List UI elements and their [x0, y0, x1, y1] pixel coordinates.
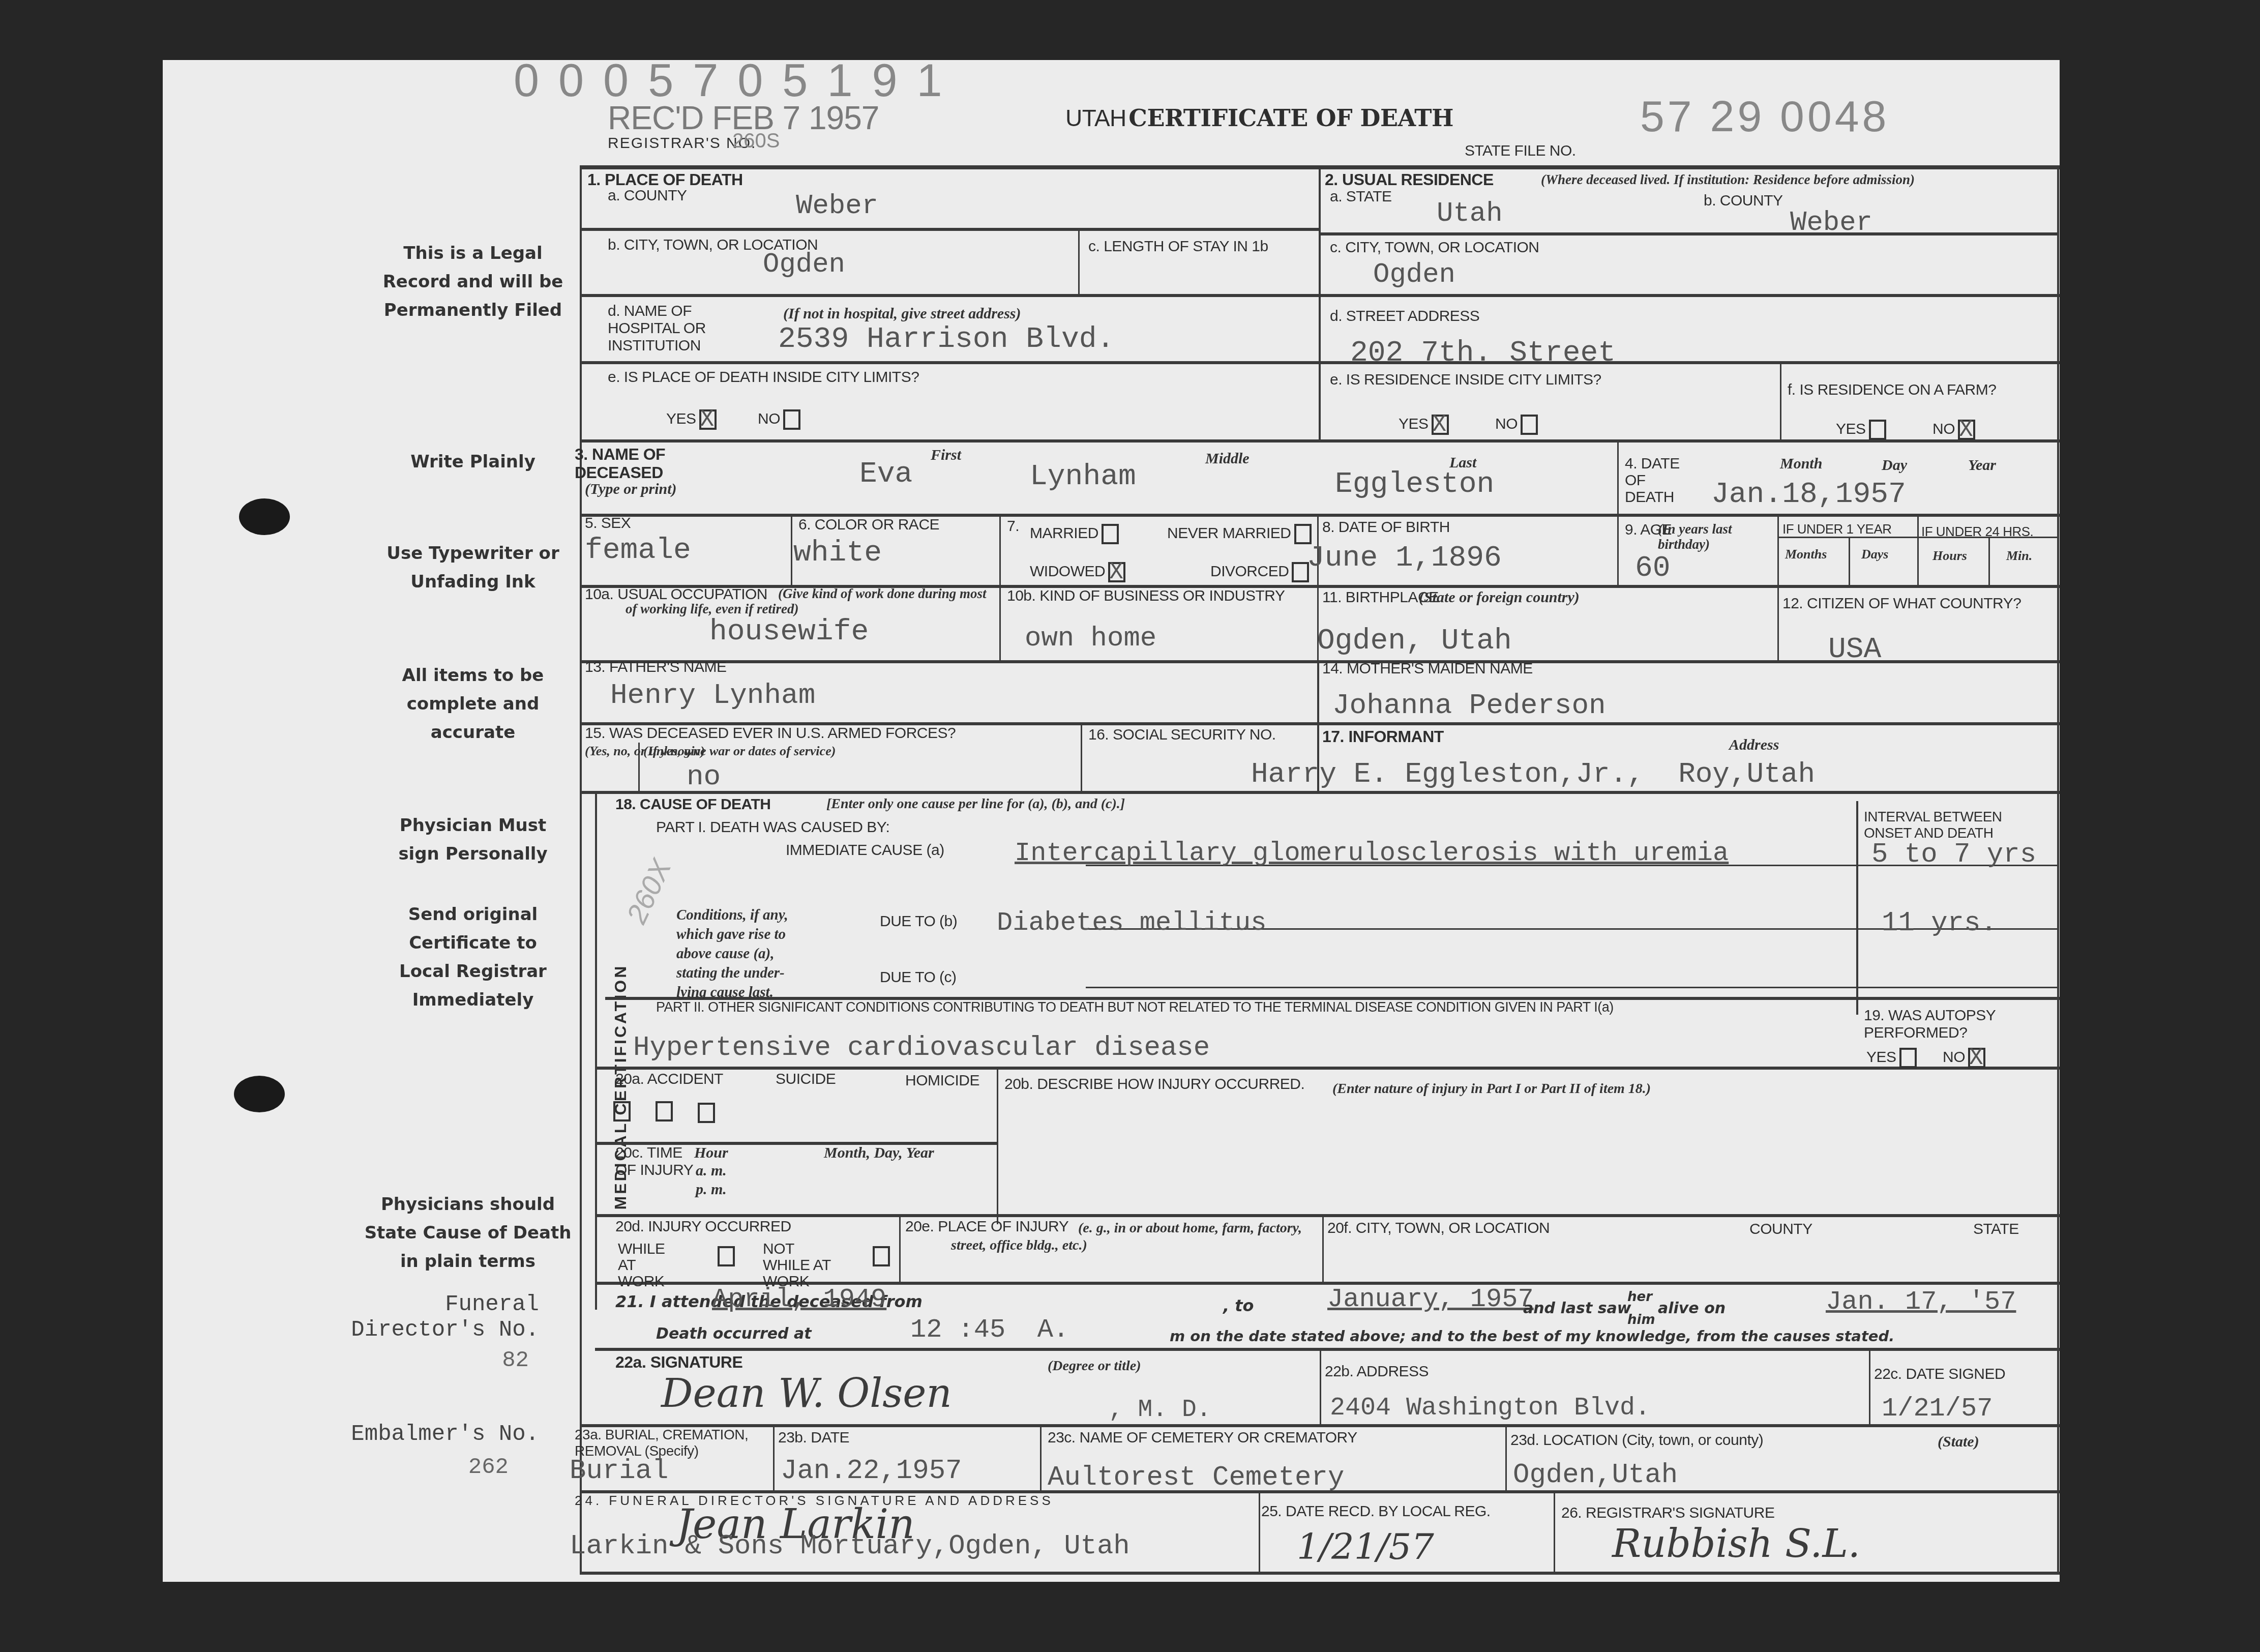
marital-divorced[interactable]: DIVORCED: [1210, 562, 1309, 582]
res-state-value: Utah: [1437, 198, 1503, 229]
res-city-value: Ogden: [1373, 259, 1455, 290]
burial-value: Burial: [570, 1456, 668, 1487]
sidebar-note-physician-sign: Physician Must sign Personally: [381, 811, 564, 868]
age-hint: (In years last birthday): [1658, 521, 1770, 552]
institution-value: 2539 Harrison Blvd.: [778, 323, 1114, 356]
homicide-label: HOMICIDE: [905, 1072, 979, 1089]
am-label: a. m.: [696, 1162, 727, 1179]
location-value: Ogden,Utah: [1513, 1460, 1678, 1491]
race-value: white: [793, 537, 882, 570]
married-checkbox[interactable]: [1102, 524, 1119, 544]
date-of-death-value: Jan.18,1957: [1711, 478, 1906, 511]
farm-no[interactable]: NO: [1932, 420, 1975, 440]
mother-value: Johanna Pederson: [1332, 689, 1606, 722]
cemetery-label: 23c. NAME OF CEMETERY OR CREMATORY: [1048, 1429, 1357, 1447]
registrar-signature-label: 26. REGISTRAR'S SIGNATURE: [1561, 1504, 1774, 1522]
autopsy-no[interactable]: NO: [1943, 1048, 1985, 1068]
middle-name-value: Lynham: [1030, 460, 1136, 493]
res-inside-city-yes-checkbox[interactable]: [1432, 415, 1449, 435]
min-label: Min.: [2006, 548, 2032, 564]
father-value: Henry Lynham: [610, 679, 815, 712]
dod-day-label: Day: [1882, 457, 1907, 474]
occupation-value: housewife: [709, 615, 869, 648]
injury-occurred-label: 20d. INJURY OCCURRED: [615, 1218, 791, 1235]
autopsy-yes-checkbox[interactable]: [1899, 1048, 1917, 1068]
middle-name-label: Middle: [1205, 450, 1250, 467]
homicide-checkbox[interactable]: [698, 1103, 715, 1123]
burial-label: 23a. BURIAL, CREMATION, REMOVAL (Specify…: [575, 1427, 768, 1459]
mdy-label: Month, Day, Year: [824, 1144, 934, 1162]
sidebar-note-legal-record: This is a Legal Record and will be Perma…: [381, 239, 564, 324]
dod-year-label: Year: [1968, 457, 1996, 474]
res-county-value: Weber: [1790, 208, 1872, 239]
punch-hole-top: [239, 498, 290, 535]
while-at-work-checkbox[interactable]: [718, 1246, 735, 1266]
location-label: 23d. LOCATION (City, town, or county): [1510, 1432, 1763, 1449]
death-time-suffix: m on the date stated above; and to the b…: [1170, 1327, 1894, 1345]
her-label: her: [1627, 1289, 1652, 1305]
last-saw-label: and last saw: [1523, 1300, 1631, 1317]
state-file-no-label: STATE FILE NO.: [1465, 142, 1576, 160]
farm-yes[interactable]: YES: [1836, 420, 1886, 440]
cause-of-death-hint: [Enter only one cause per line for (a), …: [826, 796, 1125, 812]
funeral-director-no-value: 82: [458, 1348, 529, 1373]
interval-b-value: 11 yrs.: [1882, 908, 1997, 939]
disposition-date-label: 23b. DATE: [778, 1429, 849, 1447]
institution-hint: (If not in hospital, give street address…: [783, 305, 1021, 322]
birthplace-hint: (State or foreign country): [1419, 589, 1580, 606]
pod-inside-city-yes-checkbox[interactable]: [699, 409, 717, 430]
under-1-year-label: IF UNDER 1 YEAR: [1782, 521, 1892, 537]
state-file-no-value: 57 29 0048: [1640, 92, 1889, 142]
immediate-cause-value: Intercapillary glomerulosclerosis with u…: [1015, 838, 1729, 868]
armed-forces-value: no: [687, 760, 721, 793]
industry-label: 10b. KIND OF BUSINESS OR INDUSTRY: [1007, 587, 1285, 605]
hours-label: Hours: [1932, 548, 1967, 564]
sidebar-note-typewriter: Use Typewriter or Unfading Ink: [381, 539, 564, 596]
res-inside-city-label: e. IS RESIDENCE INSIDE CITY LIMITS?: [1330, 371, 1601, 389]
pod-city-value: Ogden: [763, 249, 845, 280]
mother-label: 14. MOTHER'S MAIDEN NAME: [1322, 660, 1533, 677]
degree-label: (Degree or title): [1048, 1358, 1141, 1374]
pod-inside-city-label: e. IS PLACE OF DEATH INSIDE CITY LIMITS?: [608, 369, 919, 386]
degree-value: , M. D.: [1109, 1396, 1211, 1424]
res-state-label: a. STATE: [1330, 188, 1392, 205]
embalmer-no-value: 262: [458, 1455, 509, 1480]
title-state: UTAH: [1065, 105, 1126, 131]
res-street-label: d. STREET ADDRESS: [1330, 308, 1479, 325]
res-inside-city-yes[interactable]: YES: [1399, 415, 1449, 435]
armed-forces-hint-2: (If yes, give war or dates of service): [643, 744, 836, 759]
res-inside-city-no[interactable]: NO: [1495, 415, 1538, 435]
sidebar-note-send-original: Send original Certificate to Local Regis…: [381, 900, 564, 1014]
citizen-label: 12. CITIZEN OF WHAT COUNTRY?: [1782, 595, 2021, 612]
age-value: 60: [1635, 552, 1671, 585]
due-to-c-label: DUE TO (c): [880, 969, 957, 986]
usual-residence-label: 2. USUAL RESIDENCE: [1325, 170, 1494, 189]
informant-label: 17. INFORMANT: [1322, 727, 1444, 746]
attended-to-label: , to: [1223, 1296, 1254, 1315]
last-name-value: Eggleston: [1335, 468, 1494, 501]
deceased-name-label: 3. NAME OF DECEASED: [575, 445, 676, 482]
date-of-death-label: 4. DATE OF DEATH: [1625, 455, 1686, 506]
alive-on-label: alive on: [1658, 1300, 1726, 1317]
location-state-label: (State): [1938, 1433, 1979, 1451]
usual-residence-hint: (Where deceased lived. If institution: R…: [1541, 172, 1915, 188]
autopsy-yes[interactable]: YES: [1866, 1048, 1917, 1068]
conditions-hint: Conditions, if any, which gave rise to a…: [676, 905, 798, 1002]
accident-label: 20a. ACCIDENT: [615, 1071, 723, 1088]
punch-hole-bottom: [234, 1076, 285, 1112]
last-seen-alive-value: Jan. 17, '57: [1826, 1287, 2016, 1317]
due-to-b-label: DUE TO (b): [880, 913, 957, 930]
autopsy-no-checkbox[interactable]: [1968, 1048, 1985, 1068]
sidebar-note-write-plainly: Write Plainly: [381, 448, 564, 476]
registrar-no-value: 260S: [732, 130, 780, 153]
autopsy-label: 19. WAS AUTOPSY PERFORMED?: [1864, 1007, 2027, 1042]
part2-value: Hypertensive cardiovascular disease: [633, 1032, 1210, 1064]
date-signed-value: 1/21/57: [1882, 1394, 1993, 1424]
date-recd-label: 25. DATE RECD. BY LOCAL REG.: [1261, 1503, 1491, 1520]
dob-value: June 1,1896: [1307, 542, 1502, 575]
res-inside-city-no-checkbox[interactable]: [1521, 415, 1538, 435]
days-label: Days: [1861, 547, 1888, 562]
pod-county-label: a. COUNTY: [608, 187, 687, 204]
attended-from-value: April, 1949: [712, 1284, 886, 1314]
pod-inside-city-no-checkbox[interactable]: [783, 409, 800, 430]
date-signed-label: 22c. DATE SIGNED: [1874, 1366, 2005, 1383]
hour-label: Hour: [694, 1144, 728, 1162]
not-while-at-work-checkbox[interactable]: [873, 1246, 890, 1266]
cemetery-value: Aultorest Cemetery: [1048, 1462, 1344, 1493]
due-to-b-value: Diabetes mellitus: [997, 908, 1267, 938]
first-name-value: Eva: [859, 458, 912, 491]
marital-widowed[interactable]: WIDOWED: [1030, 562, 1125, 582]
marital-never-married[interactable]: NEVER MARRIED: [1167, 524, 1312, 544]
dod-month-label: Month: [1780, 455, 1822, 473]
funeral-director-no-label: Funeral Director's No.: [346, 1292, 539, 1343]
physician-address-label: 22b. ADDRESS: [1325, 1363, 1429, 1380]
months-label: Months: [1785, 547, 1827, 562]
father-label: 13. FATHER'S NAME: [585, 659, 726, 676]
pm-label: p. m.: [696, 1181, 727, 1198]
race-label: 6. COLOR OR RACE: [798, 516, 939, 534]
informant-address-label: Address: [1729, 736, 1779, 754]
widowed-checkbox[interactable]: [1108, 562, 1125, 582]
farm-no-checkbox[interactable]: [1958, 420, 1975, 440]
describe-injury-label: 20b. DESCRIBE HOW INJURY OCCURRED.: [1004, 1076, 1304, 1093]
signature-label: 22a. SIGNATURE: [615, 1353, 742, 1372]
first-name-label: First: [931, 447, 961, 464]
farm-label: f. IS RESIDENCE ON A FARM?: [1788, 381, 1996, 399]
pod-inside-city-yes[interactable]: YES: [666, 409, 717, 430]
birthplace-value: Ogden, Utah: [1317, 625, 1512, 658]
physician-signature[interactable]: Dean W. Olsen: [661, 1371, 952, 1417]
suicide-label: SUICIDE: [776, 1071, 836, 1088]
title-main: CERTIFICATE OF DEATH: [1128, 104, 1453, 132]
industry-value: own home: [1025, 623, 1156, 654]
pod-county-value: Weber: [796, 191, 878, 222]
funeral-director-value: Larkin & Sons Mortuary,Ogden, Utah: [570, 1531, 1130, 1562]
cause-of-death-label: 18. CAUSE OF DEATH: [615, 796, 771, 813]
not-while-at-work[interactable]: NOT WHILE AT WORK: [763, 1241, 834, 1290]
him-label: him: [1627, 1312, 1655, 1327]
institution-label: d. NAME OF HOSPITAL OR INSTITUTION: [608, 303, 735, 355]
farm-yes-checkbox[interactable]: [1869, 420, 1886, 440]
sex-value: female: [585, 534, 691, 567]
deceased-name-hint: (Type or print): [585, 481, 677, 498]
res-city-label: c. CITY, TOWN, OR LOCATION: [1330, 239, 1539, 256]
pod-inside-city-no[interactable]: NO: [758, 409, 800, 430]
certificate-title: UTAH CERTIFICATE OF DEATH: [1065, 104, 1453, 132]
interval-a-value: 5 to 7 yrs: [1871, 839, 2036, 870]
marital-label: 7.: [1007, 518, 1019, 535]
dob-label: 8. DATE OF BIRTH: [1322, 519, 1450, 536]
embalmer-no-label: Embalmer's No.: [346, 1422, 539, 1447]
ssn-label: 16. SOCIAL SECURITY NO.: [1088, 726, 1276, 744]
interval-label: INTERVAL BETWEEN ONSET AND DEATH: [1864, 809, 2047, 841]
armed-forces-label: 15. WAS DECEASED EVER IN U.S. ARMED FORC…: [585, 725, 956, 742]
place-of-death-label: 1. PLACE OF DEATH: [587, 170, 743, 189]
under-24-hrs-label: IF UNDER 24 HRS.: [1921, 524, 2033, 540]
date-recd-value: 1/21/57: [1297, 1526, 1434, 1568]
never-married-checkbox[interactable]: [1294, 524, 1312, 544]
accident-checkbox[interactable]: [613, 1101, 631, 1122]
disposition-date-value: Jan.22,1957: [781, 1456, 962, 1487]
place-of-injury-hint: (e. g., in or about home, farm, factory,…: [951, 1220, 1317, 1254]
citizen-value: USA: [1828, 633, 1881, 666]
part2-label: PART II. OTHER SIGNIFICANT CONDITIONS CO…: [656, 999, 1614, 1015]
death-occurred-label: Death occurred at: [656, 1325, 812, 1343]
injury-county-label: COUNTY: [1749, 1221, 1812, 1238]
while-at-work[interactable]: WHILE AT WORK: [618, 1241, 684, 1290]
physician-address-value: 2404 Washington Blvd.: [1330, 1394, 1650, 1423]
sex-label: 5. SEX: [585, 515, 631, 532]
suicide-checkbox[interactable]: [656, 1101, 673, 1122]
informant-value: Harry E. Eggleston,Jr., Roy,Utah: [1251, 758, 1815, 790]
length-of-stay-label: c. LENGTH OF STAY IN 1b: [1088, 238, 1268, 255]
marital-married[interactable]: MARRIED: [1030, 524, 1119, 544]
immediate-cause-label: IMMEDIATE CAUSE (a): [786, 842, 944, 859]
injury-city-label: 20f. CITY, TOWN, OR LOCATION: [1327, 1220, 1550, 1237]
res-street-value: 202 7th. Street: [1350, 337, 1616, 370]
sidebar-note-plain-terms: Physicians should State Cause of Death i…: [356, 1190, 580, 1276]
death-time-value: 12 :45 A.: [910, 1315, 1069, 1345]
attended-to-value: January, 1957: [1327, 1284, 1534, 1314]
describe-injury-hint: (Enter nature of injury in Part I or Par…: [1332, 1081, 1651, 1097]
time-of-injury-label: 20c. TIME OF INJURY: [615, 1144, 702, 1179]
occupation-hint: (Give kind of work done during most of w…: [626, 586, 997, 616]
sidebar-note-complete: All items to be complete and accurate: [381, 661, 564, 747]
part1-label: PART I. DEATH WAS CAUSED BY:: [656, 819, 889, 836]
injury-state-label: STATE: [1973, 1221, 2019, 1238]
res-county-label: b. COUNTY: [1704, 192, 1783, 210]
registrar-signature[interactable]: Rubbish S.L.: [1612, 1521, 1860, 1566]
